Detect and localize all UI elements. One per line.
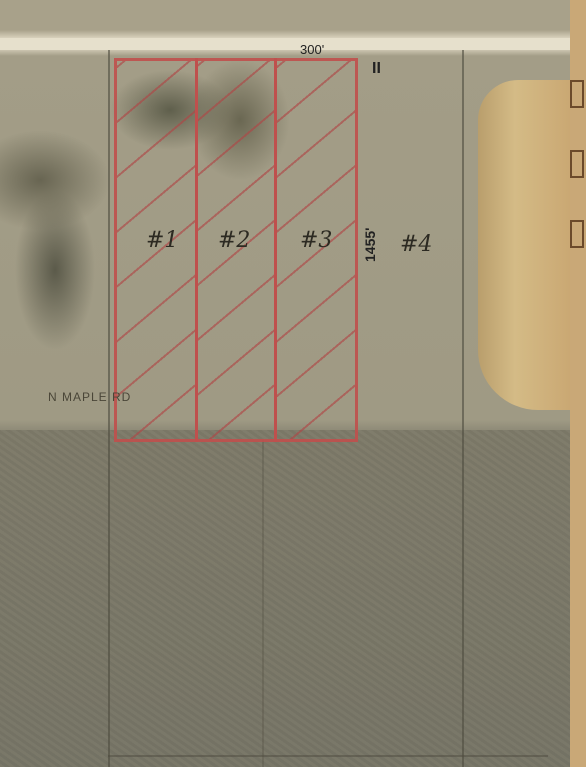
road-label: N MAPLE RD	[48, 390, 131, 404]
parcel-2-label: #2	[218, 228, 250, 253]
side-legend-strip	[570, 0, 586, 767]
boundary-line	[262, 440, 264, 767]
forest-area	[0, 430, 586, 767]
boundary-line	[108, 50, 110, 767]
legend-box	[570, 150, 584, 178]
legend-box	[570, 220, 584, 248]
crop-field	[478, 80, 570, 410]
parcel-1-label: #1	[146, 228, 178, 253]
top-marker: II	[372, 60, 381, 78]
road-top	[0, 38, 570, 50]
parcel-4-label: #4	[400, 232, 432, 257]
legend-box	[570, 80, 584, 108]
parcel-3-label: #3	[300, 228, 332, 253]
boundary-line	[462, 50, 464, 767]
top-dimension: 300'	[300, 42, 324, 57]
boundary-line	[108, 755, 548, 757]
side-dimension: 1455'	[362, 228, 378, 262]
